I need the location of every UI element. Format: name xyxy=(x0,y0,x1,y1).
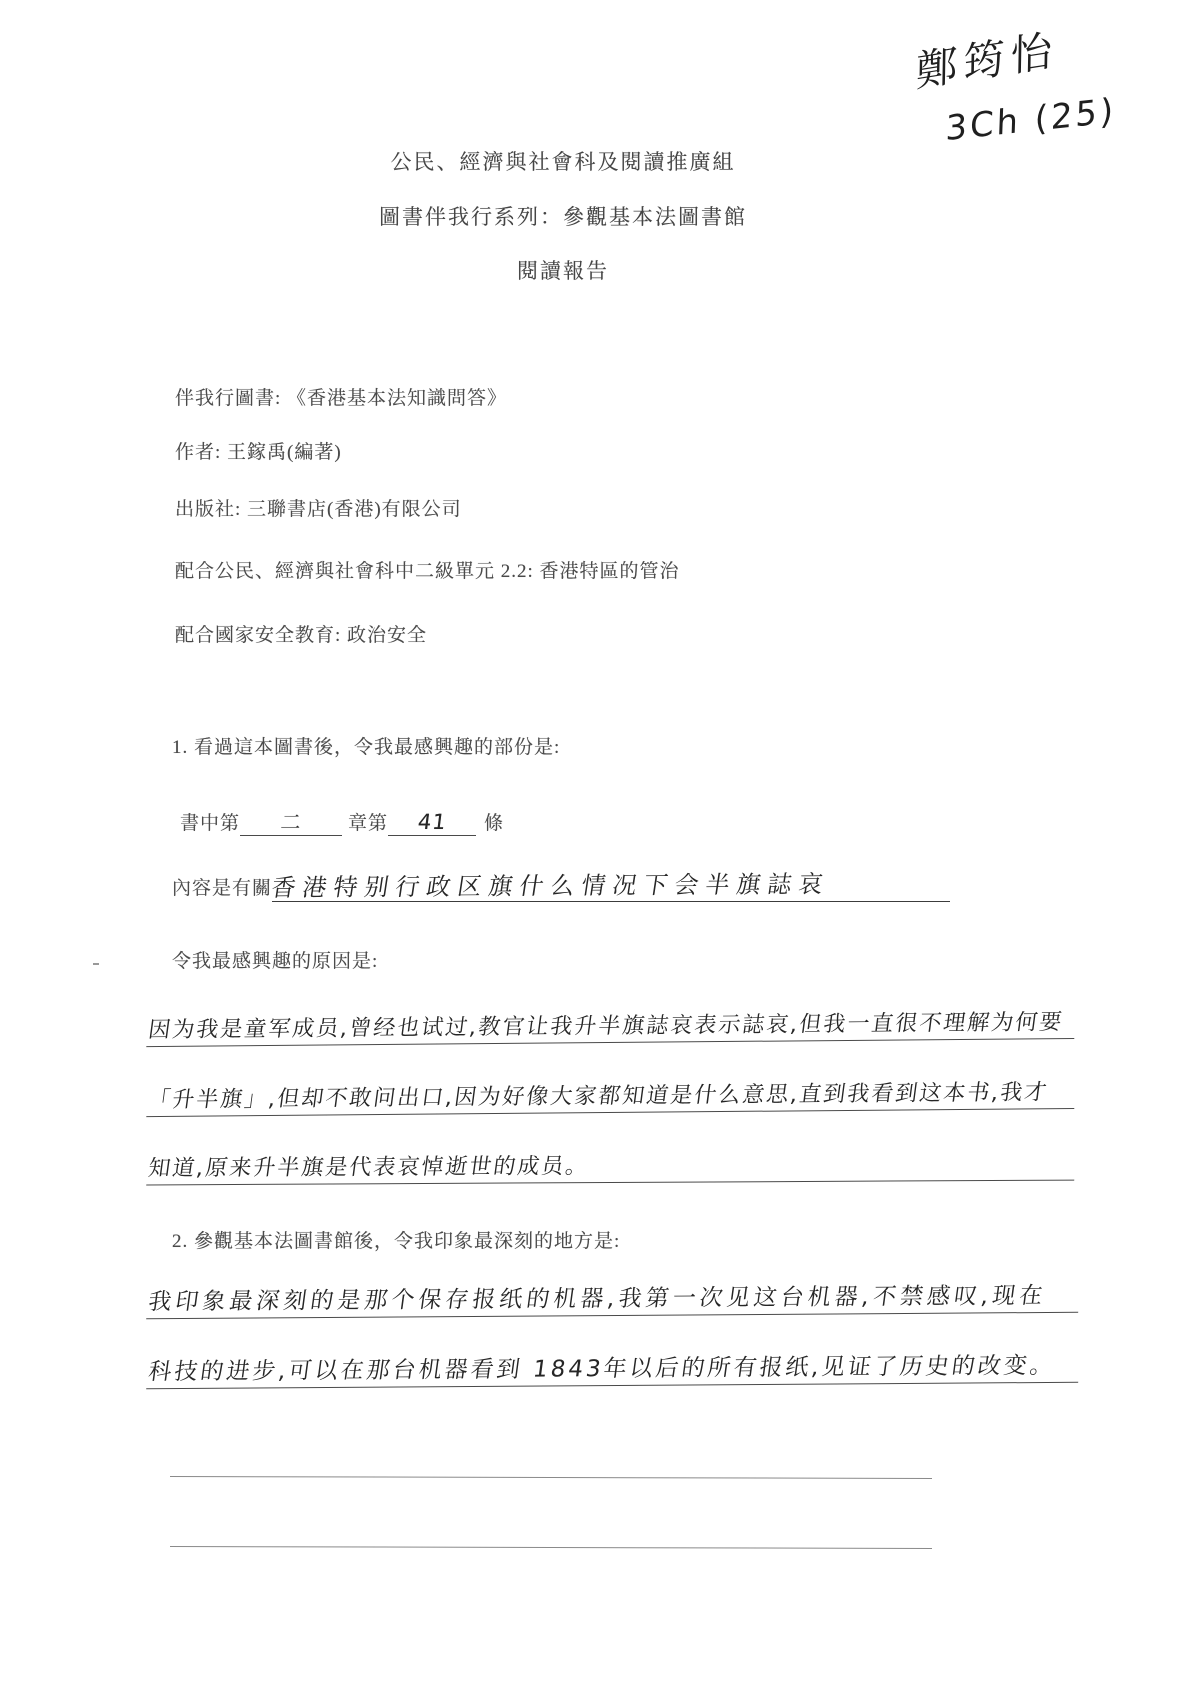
article-mid-label: 章第 xyxy=(348,813,388,834)
reason-handwritten-line-3: 知道,原来升半旗是代表哀悼逝世的成员。 xyxy=(146,1154,1078,1186)
empty-answer-rule-2 xyxy=(170,1546,932,1549)
reason-handwritten-line-2: 「升半旗」,但却不敢问出口,因为好像大家都知道是什么意思,直到我看到这本书,我才 xyxy=(146,1082,1078,1117)
curriculum-unit-line: 配合公民、經濟與社會科中二級單元 2.2: 香港特區的管治 xyxy=(175,556,680,583)
question-1-text: 1. 看過這本圖書後，令我最感興趣的部份是: xyxy=(172,732,560,759)
reason-label: 令我最感興趣的原因是: xyxy=(172,946,378,973)
header-line-series: 圖書伴我行系列：參觀基本法圖書館 xyxy=(0,201,1126,231)
national-security-education-line: 配合國家安全教育: 政治安全 xyxy=(175,620,427,647)
question-2-text: 2. 參觀基本法圖書館後，令我印象最深刻的地方是: xyxy=(172,1226,620,1253)
content-prefix-label: 內容是有關 xyxy=(172,873,272,900)
reason-handwritten-line-1: 因为我是童军成员,曾经也试过,教官让我升半旗誌哀表示誌哀,但我一直很不理解为何要 xyxy=(146,1012,1078,1047)
empty-answer-rule-1 xyxy=(170,1476,932,1479)
content-about-line: 內容是有關 香港特别行政区旗什么情况下会半旗誌哀 xyxy=(172,866,950,902)
article-blank-field: 41 xyxy=(388,810,476,836)
author-line: 作者: 王鎵禹(編著) xyxy=(175,437,342,464)
publisher-line: 出版社: 三聯書店(香港)有限公司 xyxy=(175,494,462,521)
class-number-annotation: 3Ch (25) xyxy=(945,91,1117,149)
chapter-prefix-label: 書中第 xyxy=(180,813,240,834)
student-name-annotation: 鄭筠怡 xyxy=(915,16,1058,99)
scan-artifact-dot xyxy=(93,963,99,965)
chapter-blank-field: 二 xyxy=(240,806,342,836)
header-line-department: 公民、經濟與社會科及閱讀推廣組 xyxy=(0,146,1126,176)
header-line-report-title: 閱讀報告 xyxy=(0,255,1126,285)
answer-2-handwritten-line-2: 科技的进步,可以在那台机器看到 1843年以后的所有报纸,见证了历史的改变。 xyxy=(146,1355,1082,1390)
article-handwritten-value: 41 xyxy=(416,810,448,834)
chapter-handwritten-value: 二 xyxy=(279,806,304,835)
article-suffix-label: 條 xyxy=(484,813,504,834)
content-handwritten-value: 香港特别行政区旗什么情况下会半旗誌哀 xyxy=(269,864,832,903)
content-handwritten-field: 香港特别行政区旗什么情况下会半旗誌哀 xyxy=(272,866,950,902)
book-title-line: 伴我行圖書: 《香港基本法知識問答》 xyxy=(175,383,507,410)
chapter-article-line: 書中第二章第41條 xyxy=(180,806,504,836)
answer-2-handwritten-line-1: 我印象最深刻的是那个保存报纸的机器,我第一次见这台机器,不禁感叹,现在 xyxy=(146,1285,1082,1320)
